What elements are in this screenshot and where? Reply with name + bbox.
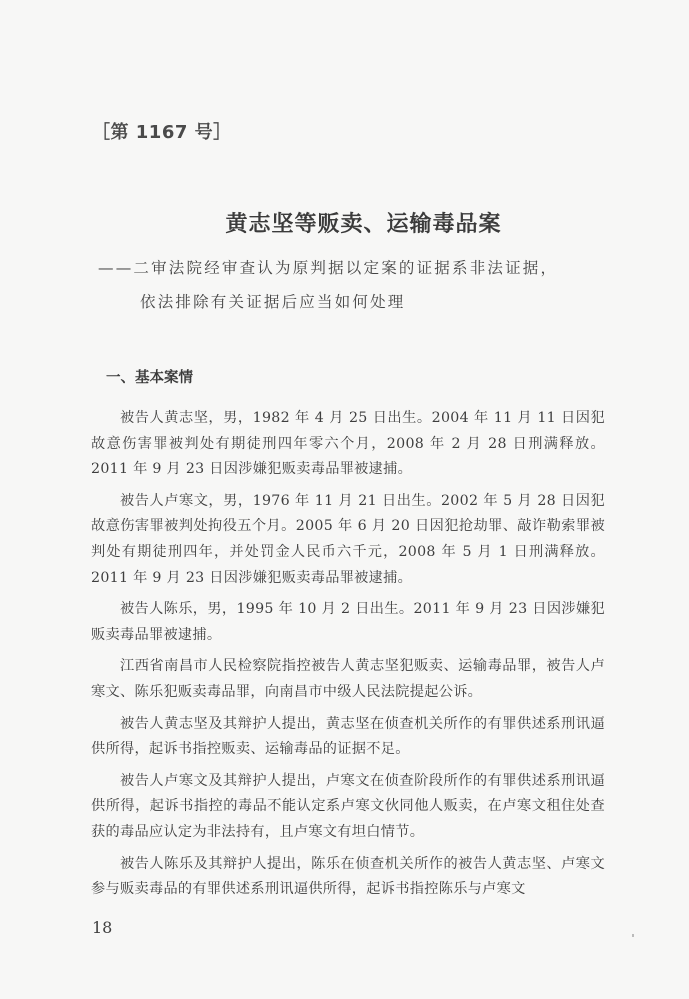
- page-number: 18: [92, 918, 112, 937]
- paragraph: 被告人陈乐及其辩护人提出，陈乐在侦查机关所作的被告人黄志坚、卢寒文参与贩卖毒品的…: [91, 852, 605, 903]
- case-subtitle-line-1: ——二审法院经审查认为原判据以定案的证据系非法证据，: [98, 256, 558, 278]
- case-number: ［第 1167 号］: [92, 118, 232, 144]
- body-text: 被告人黄志坚，男，1982 年 4 月 25 日出生。2004 年 11 月 1…: [91, 406, 605, 909]
- case-title: 黄志坚等贩卖、运输毒品案: [0, 207, 689, 238]
- paragraph: 被告人卢寒文，男，1976 年 11 月 21 日出生。2002 年 5 月 2…: [91, 489, 605, 591]
- scan-speck: [632, 934, 634, 937]
- section-heading: 一、基本案情: [106, 366, 193, 387]
- paragraph: 被告人黄志坚，男，1982 年 4 月 25 日出生。2004 年 11 月 1…: [91, 406, 605, 483]
- paragraph: 被告人黄志坚及其辩护人提出，黄志坚在侦查机关所作的有罪供述系刑讯逼供所得，起诉书…: [91, 712, 605, 763]
- paragraph: 被告人卢寒文及其辩护人提出，卢寒文在侦查阶段所作的有罪供述系刑讯逼供所得，起诉书…: [91, 769, 605, 846]
- case-subtitle-line-2: 依法排除有关证据后应当如何处理: [140, 290, 406, 312]
- paragraph: 被告人陈乐，男，1995 年 10 月 2 日出生。2011 年 9 月 23 …: [91, 597, 605, 648]
- paragraph: 江西省南昌市人民检察院指控被告人黄志坚犯贩卖、运输毒品罪，被告人卢寒文、陈乐犯贩…: [91, 654, 605, 705]
